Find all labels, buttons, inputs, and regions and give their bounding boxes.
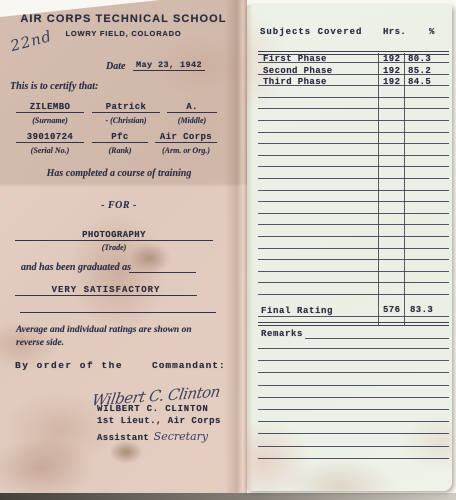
remarks-blank-rule [258, 372, 449, 373]
table-blank-rule [258, 224, 449, 225]
table-blank-rule [258, 201, 449, 202]
certificate-photo: { "document": { "left": { "school": "AIR… [0, 0, 456, 500]
remarks-blank-rule [258, 397, 449, 398]
rank-value: Pfc [92, 132, 148, 143]
signer-title-script: Secretary [154, 430, 208, 443]
completed-line: Has completed a course of training [0, 168, 238, 179]
table-row-percent: 85.2 [408, 66, 431, 76]
graduated-line: and has been graduated as [21, 262, 131, 273]
table-row-subject: Second Phase [263, 66, 333, 76]
table-header-hours: Hrs. [383, 27, 406, 37]
table-blank-rule [258, 132, 449, 133]
school-title: AIR CORPS TECHNICAL SCHOOL [0, 13, 247, 25]
table-blank-rule [258, 282, 449, 283]
table-row-percent: 84.5 [408, 77, 431, 87]
table-row-hours: 192 [383, 77, 400, 87]
table-blank-rule [258, 213, 449, 214]
arm-value: Air Corps [155, 132, 217, 143]
signer-rank: 1st Lieut., Air Corps [97, 416, 221, 426]
remarks-label: Remarks [261, 329, 303, 339]
table-row-hours: 192 [383, 54, 400, 64]
table-blank-rule [258, 120, 449, 121]
for-separator: - FOR - [0, 200, 238, 211]
final-rating-label: Final Rating [261, 306, 333, 316]
final-rating-double-rule [258, 322, 449, 326]
trade-value: PHOTOGRAPHY [15, 230, 213, 241]
ratings-note-line1: Average and individual ratings are shown… [16, 325, 192, 335]
date-value: May 23, 1942 [133, 60, 205, 71]
remarks-blank-rule [258, 433, 449, 434]
commandant-label: Commandant: [152, 360, 226, 371]
remarks-underline [305, 338, 449, 339]
table-blank-rule [258, 271, 449, 272]
table-blank-rule [258, 259, 449, 260]
christian-value: Patrick [92, 102, 160, 113]
final-rating-rule [258, 316, 449, 317]
signer-name: WILBERT C. CLINTON [97, 404, 209, 414]
table-row-hours: 192 [383, 66, 400, 76]
middle-value: A. [167, 102, 217, 113]
trade-label: (Trade) [15, 243, 213, 252]
serial-label: (Serial No.) [16, 146, 84, 155]
table-header-percent: % [429, 27, 435, 37]
table-row-subject: First Phase [263, 54, 327, 64]
certify-line: This is to certify that: [10, 81, 98, 92]
table-blank-rule [258, 143, 449, 144]
table-blank-rule [258, 97, 449, 98]
final-rating-percent: 83.3 [410, 305, 433, 315]
ratings-note-line2: reverse side. [16, 338, 64, 348]
table-row-subject: Third Phase [263, 77, 327, 87]
grade-value: VERY SATISFACTORY [15, 285, 197, 296]
table-header-subjects: Subjects Covered [260, 27, 362, 37]
remarks-blank-rule [258, 360, 449, 361]
remarks-blank-rule [258, 385, 449, 386]
table-blank-rule [258, 166, 449, 167]
remarks-blank-rule [258, 458, 449, 459]
christian-label: - (Christian) [92, 116, 160, 125]
date-label: Date [106, 61, 125, 72]
signer-title-typed: Assistant [97, 433, 149, 443]
remarks-blank-rule [258, 446, 449, 447]
photo-shadow [0, 493, 456, 500]
certificate-page: AIR CORPS TECHNICAL SCHOOL LOWRY FIELD, … [0, 0, 247, 493]
signer-title: Assistant Secretary [97, 427, 208, 445]
surname-value: ZILEMBO [16, 102, 84, 113]
graduated-blank-line [129, 262, 196, 273]
rank-label: (Rank) [92, 146, 148, 155]
table-blank-rule [258, 178, 449, 179]
middle-label: (Middle) [167, 116, 217, 125]
remarks-blank-rule [258, 348, 449, 349]
table-row-percent: 80.3 [408, 54, 431, 64]
remarks-blank-rule [258, 409, 449, 410]
surname-label: (Surname) [16, 116, 84, 125]
table-blank-rule [258, 190, 449, 191]
subjects-page: Subjects Covered Hrs. % First Phase19280… [247, 5, 452, 491]
table-blank-rule [258, 248, 449, 249]
table-blank-rule [258, 155, 449, 156]
final-rating-hours: 576 [383, 305, 400, 315]
table-blank-rule [258, 236, 449, 237]
serial-value: 39010724 [16, 132, 84, 143]
remarks-blank-rule [258, 421, 449, 422]
arm-label: (Arm. or Org.) [155, 146, 217, 155]
blank-line [20, 302, 216, 313]
table-blank-rule [258, 294, 449, 295]
table-blank-rule [258, 108, 449, 109]
order-line: By order of the [15, 360, 123, 371]
